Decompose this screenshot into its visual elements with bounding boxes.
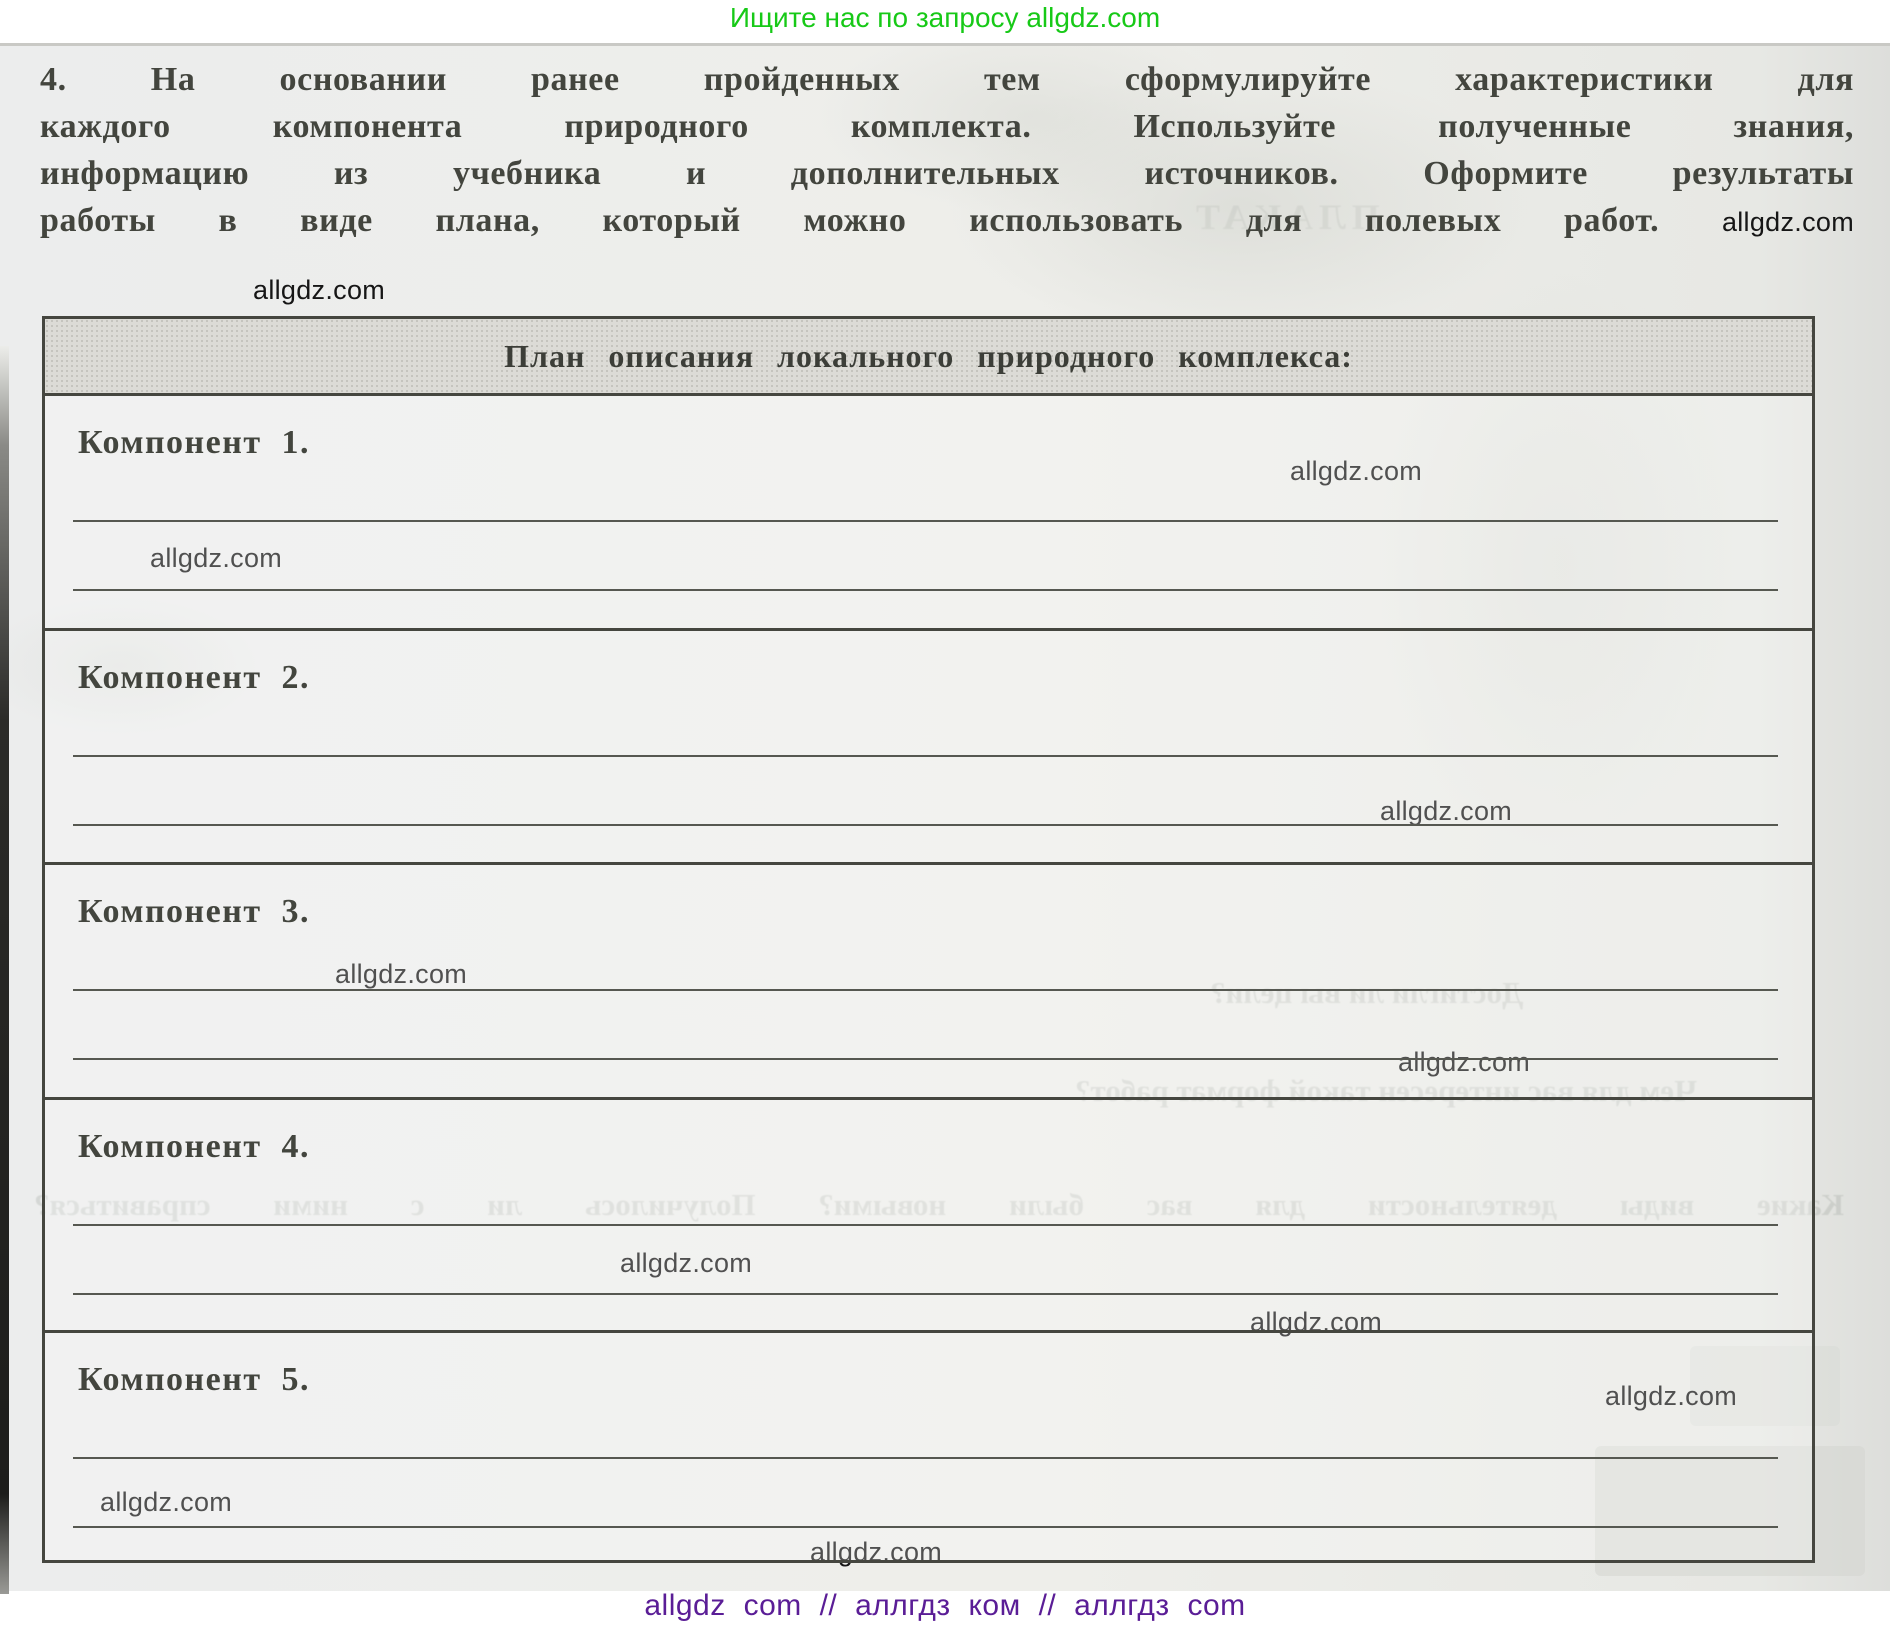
answer-line [73,1293,1778,1295]
answer-line [73,1457,1778,1459]
table-header: План описания локального природного комп… [45,319,1812,396]
component-row-2: Компонент 2. [45,631,1812,865]
plan-table: План описания локального природного комп… [42,316,1815,1563]
answer-line [73,1526,1778,1528]
task-line: работы в виде плана, который можно испол… [40,197,1854,246]
answer-line [73,824,1778,826]
answer-line [73,1058,1778,1060]
component-row-5: Компонент 5. [45,1333,1812,1560]
component-row-4: Компонент 4. [45,1100,1812,1333]
watermark-allgdz: allgdz.com [1722,207,1854,237]
promo-banner-bottom: allgdz com // аллгдз ком // аллгдз com [0,1589,1890,1623]
component-label: Компонент 1. [78,424,310,462]
task-paragraph: 4. На основании ранее пройденных тем сфо… [40,56,1854,246]
component-label: Компонент 5. [78,1361,310,1399]
task-line: информацию из учебника и дополнительных … [40,150,1854,197]
component-label: Компонент 2. [78,659,310,697]
answer-line [73,755,1778,757]
page-edge-shadow [0,346,9,1594]
component-row-1: Компонент 1. [45,396,1812,631]
table-title: План описания локального природного комп… [504,338,1353,375]
answer-line [73,520,1778,522]
component-row-3: Компонент 3. [45,865,1812,1100]
watermark-allgdz: allgdz.com [253,275,385,306]
scanned-page: Ищите нас по запросу allgdz.com ПЛАКАТ Д… [0,0,1890,1631]
task-line: 4. На основании ранее пройденных тем сфо… [40,56,1854,103]
task-line-text: работы в виде плана, который можно испол… [40,202,1659,239]
component-label: Компонент 3. [78,893,310,931]
scan-area: ПЛАКАТ Достигли ли вы цели? Чем для вас … [0,43,1890,1591]
promo-banner-top: Ищите нас по запросу allgdz.com [0,2,1890,34]
task-line: каждого компонента природного комплекта.… [40,103,1854,150]
answer-line [73,989,1778,991]
answer-line [73,589,1778,591]
component-label: Компонент 4. [78,1128,310,1166]
answer-line [73,1224,1778,1226]
